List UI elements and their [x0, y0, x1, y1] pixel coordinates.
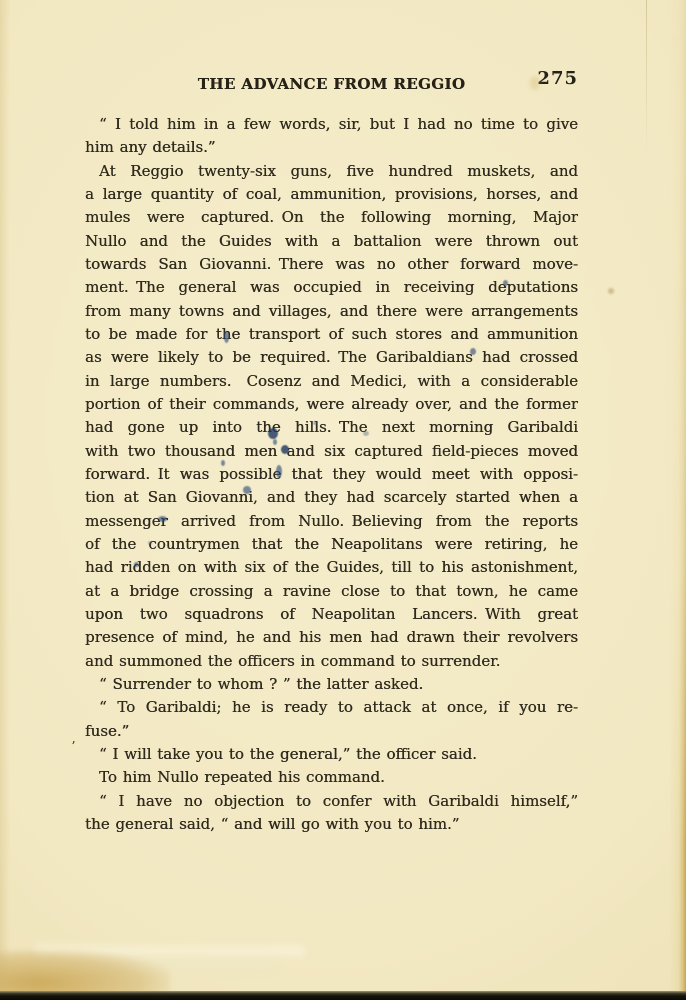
ink-blot: [608, 288, 614, 294]
ink-blot: [134, 562, 139, 567]
text-line: fuse.”: [85, 720, 578, 743]
text-line: tion at San Giovanni, and they had scarc…: [85, 486, 578, 509]
ink-blot: [281, 445, 289, 454]
book-page: THE ADVANCE FROM REGGIO 275 “ I told him…: [0, 0, 686, 1000]
text-line: as were likely to be required. The Garib…: [85, 346, 578, 369]
ink-blot: [530, 76, 540, 90]
text-line: the general said, “ and will go with you…: [85, 813, 578, 836]
text-line: presence of mind, he and his men had dra…: [85, 626, 578, 649]
corner-stain: [0, 950, 170, 998]
ink-blot: [268, 428, 278, 439]
ink-blot: [148, 541, 152, 545]
text-line: “ I will take you to the general,” the o…: [85, 743, 578, 766]
scan-light-band: [35, 945, 305, 957]
text-line: mules were captured. On the following mo…: [85, 206, 578, 229]
text-line: towards San Giovanni. There was no other…: [85, 253, 578, 276]
text-line: forward. It was possible that they would…: [85, 463, 578, 486]
scan-light-band-2: [35, 958, 275, 971]
text-line: of the countrymen that the Neapolitans w…: [85, 533, 578, 556]
ink-blot: [313, 421, 317, 425]
scan-bottom-edge: [0, 991, 686, 1000]
ink-blot: [243, 486, 251, 494]
text-line: “ I have no objection to confer with Gar…: [85, 790, 578, 813]
text-line: Nullo and the Guides with a battalion we…: [85, 230, 578, 253]
body-text: “ I told him in a few words, sir, but I …: [85, 113, 578, 836]
ink-blot: [310, 260, 313, 263]
ink-blot: [158, 516, 167, 522]
text-line: and summoned the officers in command to …: [85, 650, 578, 673]
text-line: in large numbers. Cosenz and Medici, wit…: [85, 370, 578, 393]
text-line: from many towns and villages, and there …: [85, 300, 578, 323]
text-line: At Reggio twenty-six guns, five hundred …: [85, 160, 578, 183]
running-head-title: THE ADVANCE FROM REGGIO: [85, 72, 578, 96]
text-line: portion of their commands, were already …: [85, 393, 578, 416]
text-line: to be made for the transport of such sto…: [85, 323, 578, 346]
text-line: at a bridge crossing a ravine close to t…: [85, 580, 578, 603]
text-line: upon two squadrons of Neapolitan Lancers…: [85, 603, 578, 626]
ink-blot: [276, 465, 282, 478]
ink-blot: [503, 280, 508, 286]
page-right-edge: [670, 0, 686, 1000]
page-left-edge-shadow: [0, 0, 10, 1000]
page-header: THE ADVANCE FROM REGGIO 275: [85, 72, 578, 96]
text-line: had ridden on with six of the Guides, ti…: [85, 556, 578, 579]
text-line: had gone up into the hills. The next mor…: [85, 416, 578, 439]
ink-blot: [273, 439, 277, 445]
text-line: “ Surrender to whom ? ” the latter asked…: [85, 673, 578, 696]
text-line: “ To Garibaldi; he is ready to attack at…: [85, 696, 578, 719]
ink-blot: [363, 431, 369, 436]
text-line: “ I told him in a few words, sir, but I …: [85, 113, 578, 136]
text-line: with two thousand men and six captured f…: [85, 440, 578, 463]
page-number: 275: [537, 67, 578, 91]
ink-blot: [221, 460, 225, 466]
margin-ink-mark: ʼ: [71, 740, 75, 755]
text-line: To him Nullo repeated his command.: [85, 766, 578, 789]
text-line: him any details.”: [85, 136, 578, 159]
ink-blot: [470, 348, 476, 355]
text-line: a large quantity of coal, ammunition, pr…: [85, 183, 578, 206]
page-crease-line: [646, 0, 647, 160]
ink-blot: [224, 331, 229, 343]
